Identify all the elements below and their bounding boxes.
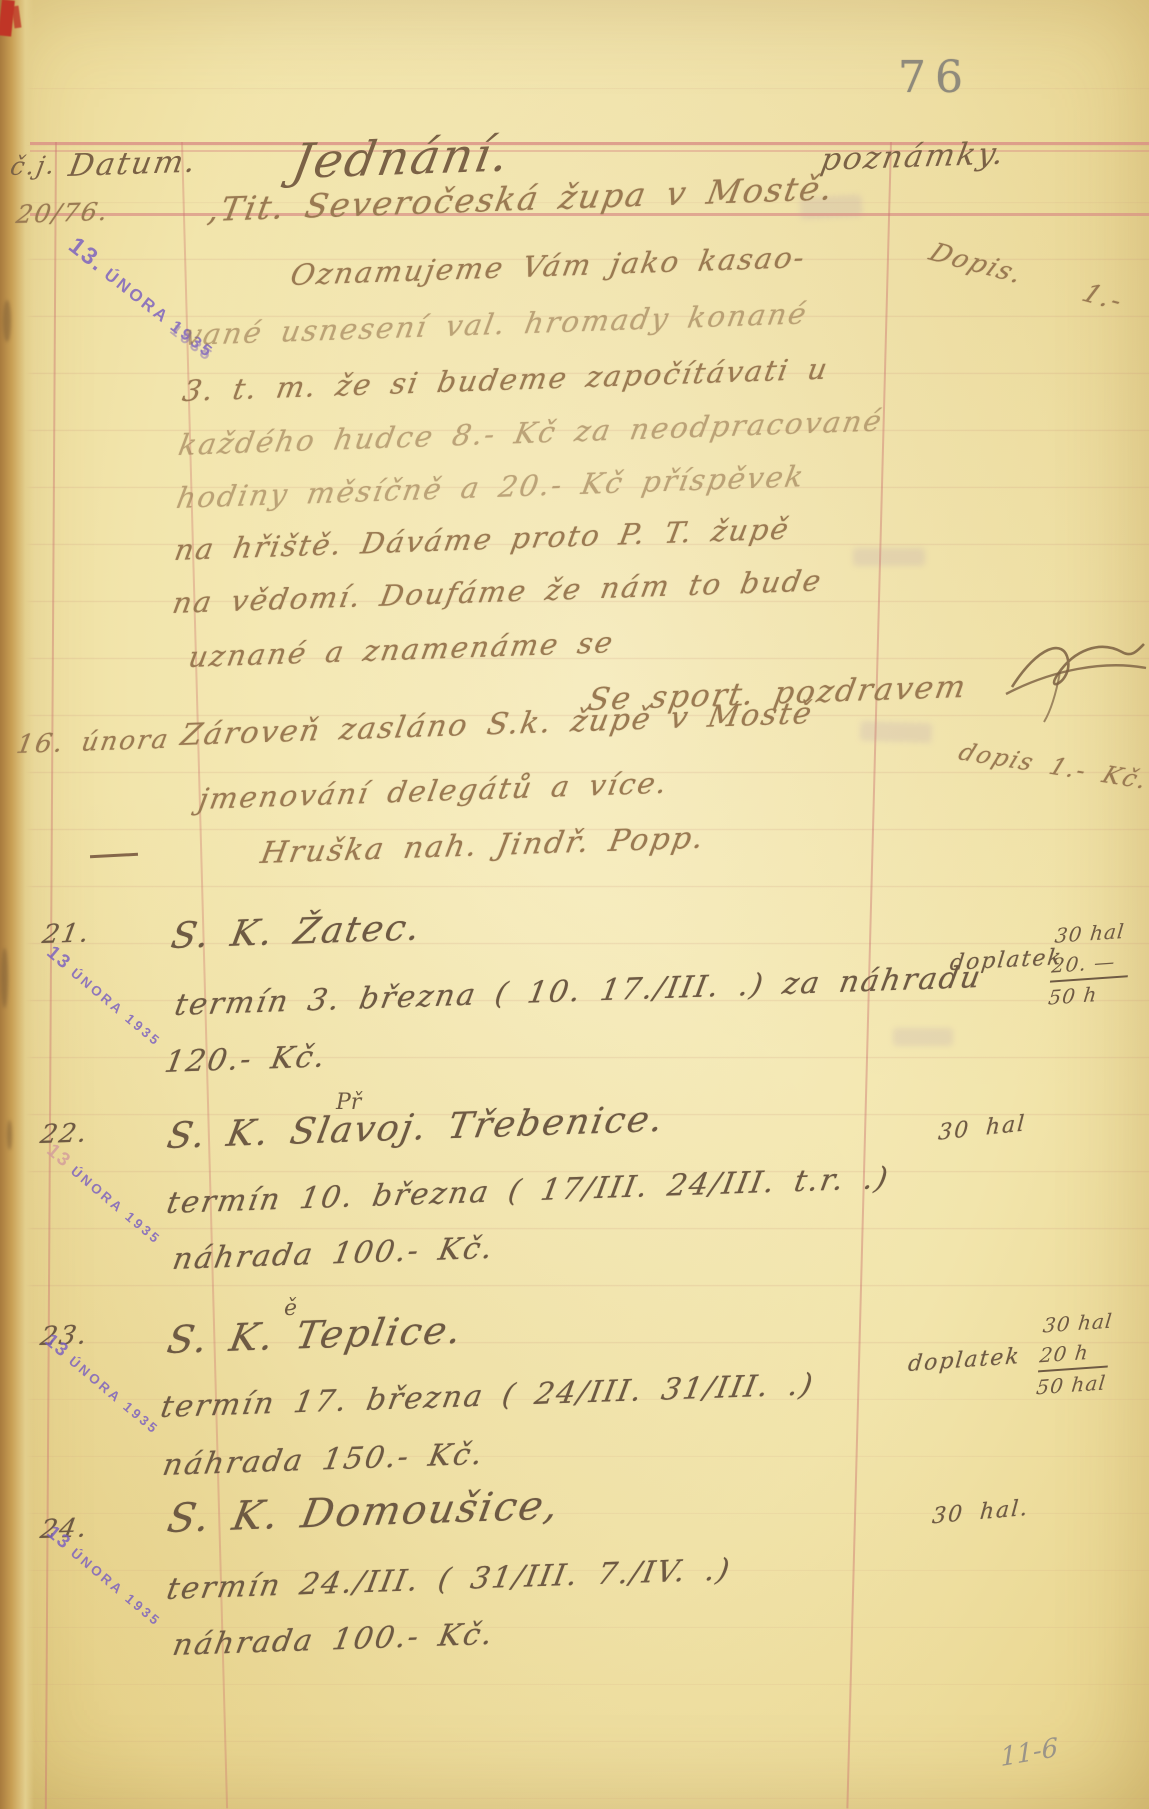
entry-line: termín 3. března ( 10. 17./III. .) za ná… — [172, 960, 985, 1023]
crossed-signature — [1000, 632, 1149, 727]
stamp-month: ÚNORA — [66, 1353, 125, 1406]
column-rule-cj — [45, 142, 57, 1809]
entry-line: náhrada 100.- Kč. — [170, 1617, 497, 1663]
fee-sum: 30 hal 20. — 50 h — [1047, 915, 1135, 1012]
stamp-year: 1935 — [122, 1591, 164, 1630]
stamp-month: ÚNORA — [68, 1545, 127, 1598]
ink-bleed — [853, 548, 925, 566]
fee-mid: 20 h — [1038, 1336, 1111, 1373]
note-value: 1.- — [1077, 279, 1129, 317]
entry-number: 20/76. — [14, 197, 112, 229]
fee-bot: 50 hal — [1035, 1368, 1108, 1403]
entry-number: 21. — [40, 918, 93, 950]
paper-spot — [7, 1120, 12, 1150]
stamp-day: 13. — [63, 232, 111, 278]
letter-line: vané usnesení val. hromady konané — [182, 296, 811, 352]
letter-line: uznané a znamenáme se — [186, 625, 617, 674]
followup-note: dopis 1.- Kč. — [955, 738, 1149, 795]
note-label: Dopis. — [924, 238, 1030, 290]
entry-note-word: doplatek — [949, 945, 1065, 976]
ink-bleed — [893, 1028, 953, 1046]
date-stamp: 13 ÚNORA 1935 — [40, 1330, 165, 1440]
entry-note-word: doplatek — [907, 1344, 1022, 1377]
letter-line: Oznamujeme Vám jako kasao- — [288, 240, 809, 292]
fee-top: 30 hal — [1041, 1306, 1114, 1341]
stamp-year: 1935 — [122, 1011, 164, 1050]
entry-number: 22. — [38, 1118, 91, 1150]
stamp-year: 1935 — [120, 1399, 162, 1438]
entry-line: termín 10. března ( 17/III. 24/III. t.r.… — [164, 1161, 892, 1221]
ledger-page: 76 č.j. Datum. Jednání. poznámky. 20/76.… — [0, 0, 1149, 1809]
entry-title: S. K. Slavoj. Třebenice. — [164, 1099, 668, 1157]
followup-line: Hruška nah. Jindř. Popp. — [258, 821, 708, 871]
header-cj: č.j. — [8, 150, 59, 181]
letter-line: na hřiště. Dáváme proto P. T. župě — [172, 512, 793, 567]
entry-line: 120.- Kč. — [162, 1039, 330, 1080]
letter-line: na vědomí. Doufáme že nám to bude — [170, 564, 825, 620]
header-datum: Datum. — [66, 144, 200, 184]
letter-line: hodiny měsíčně a 20.- Kč příspěvek — [174, 459, 808, 515]
followup-line: jmenování delegátů a více. — [196, 766, 671, 816]
entry-line: termín 24./III. ( 31/III. 7./IV. .) — [164, 1552, 734, 1607]
binding-edge — [0, 0, 34, 1809]
ink-bleed — [860, 721, 933, 744]
paper-spot — [3, 300, 11, 342]
letter-line: 3. t. m. že si budeme započítávati u — [180, 352, 832, 408]
entry-note: 30 hal — [937, 1111, 1027, 1146]
followup-line: Zároveň zasláno S.k. župě v Mostě — [178, 696, 816, 753]
entry-line: náhrada 150.- Kč. — [160, 1437, 487, 1483]
entry-title: S. K. Domoušice, — [164, 1482, 564, 1542]
stamp-month: ÚNORA — [101, 265, 174, 328]
entry-line: termín 17. března ( 24/III. 31/III. .) — [158, 1367, 817, 1425]
entry-title: S. K. Žatec. — [168, 907, 425, 957]
entry-note: 30 hal. — [931, 1496, 1030, 1530]
fee-sum: 30 hal 20 h 50 hal — [1035, 1306, 1114, 1403]
paper-spot — [1, 948, 8, 1008]
ditto-dash — [90, 853, 138, 859]
letter-note: Dopis. 1.- — [924, 238, 1129, 317]
stamp-month: ÚNORA — [68, 965, 127, 1018]
page-number: 76 — [898, 52, 972, 103]
fee-top: 30 hal — [1053, 915, 1134, 950]
entry-title: S. K. Teplice. — [164, 1308, 467, 1362]
date-stamp: 13 ÚNORA 1935 — [42, 1140, 167, 1250]
pencil-note: 11-6 — [1000, 1733, 1059, 1773]
letter-line: každého hudce 8.- Kč za neodpracované — [176, 404, 886, 462]
fee-bot: 50 h — [1047, 977, 1128, 1012]
entry-line: náhrada 100.- Kč. — [170, 1231, 497, 1277]
date-stamp: 13 ÚNORA 1935 — [42, 942, 167, 1052]
followup-date: 16. února — [14, 725, 172, 760]
stamp-year: 1935 — [122, 1209, 164, 1248]
stamp-month: ÚNORA — [68, 1163, 127, 1216]
header-poznamky: poznámky. — [818, 136, 1008, 178]
date-stamp: 13 ÚNORA 1935 — [42, 1522, 167, 1632]
